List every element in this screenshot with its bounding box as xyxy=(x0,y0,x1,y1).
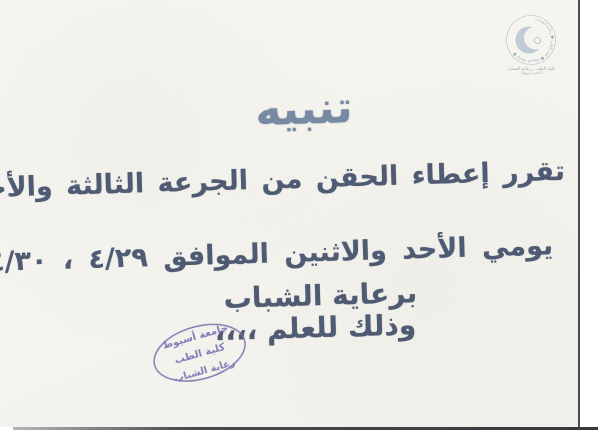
notice-line-dose: تقرر إعطاء الحقن من الجرعة الثالثة والأخ… xyxy=(0,156,565,214)
faculty-stamp: جامعة أسيوط كلية الطب رعاية الشباب xyxy=(139,305,261,401)
page-content: تنبيه تقرر إعطاء الحقن من الجرعة الثالثة… xyxy=(0,0,584,435)
scan-page: جامعة أسيوط ● كلية الطب ● رعاية الشباب ●… xyxy=(0,0,600,435)
notice-title: تنبيه xyxy=(255,82,354,136)
notice-line-days: يومي الأحد والاثنين الموافق ٤/٢٩ ، ٢٠١٨/… xyxy=(0,230,554,281)
